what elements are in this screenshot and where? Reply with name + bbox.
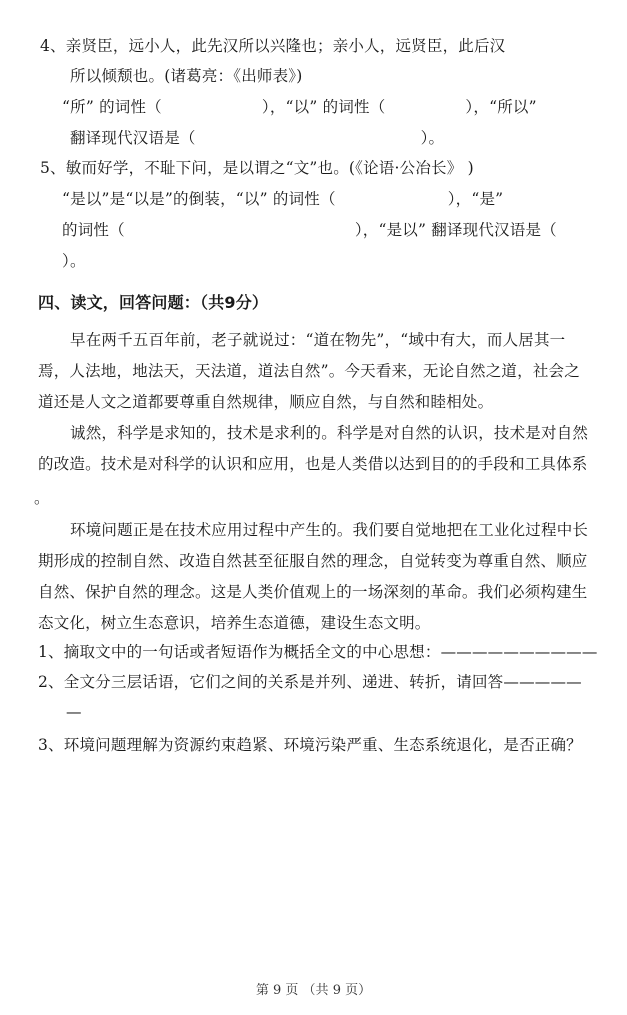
reading-question-1: 1、摘取文中的一句话或者短语作为概括全文的中心思想：—————————— (38, 642, 598, 662)
question-5-line-1: 5、敏而好学，不耻下问，是以谓之“文”也。(《论语·公冶长》 ) (40, 158, 474, 178)
section-title: 四、读文，回答问题：（共9分） (38, 293, 268, 313)
question-4-line-2: 所以倾颓也。(诸葛亮：《出师表》) (70, 66, 303, 86)
reading-question-3: 3、环境问题理解为资源约束趋紧、环境污染严重、生态系统退化，是否正确？ (38, 735, 582, 755)
paragraph-2-line-2: 的改造。技术是对科学的认识和应用，也是人类借以达到目的的手段和工具体系 (38, 454, 588, 474)
question-number: 2、 (38, 673, 64, 691)
page-number-footer: 第 9 页 （共 9 页） (0, 979, 627, 998)
question-number: 4、 (40, 37, 66, 55)
paragraph-3-line-2: 期形成的控制自然、改造自然甚至征服自然的理念，自觉转变为尊重自然、顺应 (38, 551, 588, 571)
paragraph-3-line-3: 自然、保护自然的理念。这是人类价值观上的一场深刻的革命。我们必须构建生 (38, 582, 588, 602)
question-number: 1、 (38, 643, 64, 661)
reading-question-2: 2、全文分三层话语，它们之间的关系是并列、递进、转折，请回答————— (38, 672, 582, 692)
paragraph-1-line-1: 早在两千五百年前，老子就说过：“道在物先”，“域中有大，而人居其一 (70, 330, 565, 350)
question-number: 3、 (38, 736, 64, 754)
paragraph-1-line-3: 道还是人文之道都要尊重自然规律，顺应自然，与自然和睦相处。 (38, 392, 493, 412)
paragraph-2-line-1: 诚然，科学是求知的，技术是求利的。科学是对自然的认识，技术是对自然 (70, 423, 588, 443)
question-5-line-2: “是以”是“以是”的倒装，“以” 的词性（），“是” (62, 189, 503, 209)
paragraph-3-line-1: 环境问题正是在技术应用过程中产生的。我们要自觉地把在工业化过程中长 (70, 520, 588, 540)
document-page: 4、亲贤臣，远小人，此先汉所以兴隆也；亲小人，远贤臣，此后汉 所以倾颓也。(诸葛… (0, 0, 627, 1015)
question-4-line-3: “所” 的词性（），“以” 的词性（），“所以” (62, 97, 537, 117)
question-4-line-4: 翻译现代汉语是（）。 (70, 128, 444, 148)
question-number: 5、 (40, 159, 66, 177)
paragraph-1-line-2: 焉，人法地，地法天，天法道，道法自然”。今天看来，无论自然之道，社会之 (38, 361, 580, 381)
question-5-line-4: ）。 (62, 251, 86, 271)
paragraph-3-line-4: 态文化，树立生态意识，培养生态道德，建设生态文明。 (38, 613, 431, 633)
question-5-line-3: 的词性（），“是以” 翻译现代汉语是（ (62, 220, 557, 240)
question-4-line-1: 4、亲贤臣，远小人，此先汉所以兴隆也；亲小人，远贤臣，此后汉 (40, 36, 505, 56)
reading-question-2-continuation: — (66, 702, 82, 722)
paragraph-2-line-3: 。 (34, 488, 50, 508)
